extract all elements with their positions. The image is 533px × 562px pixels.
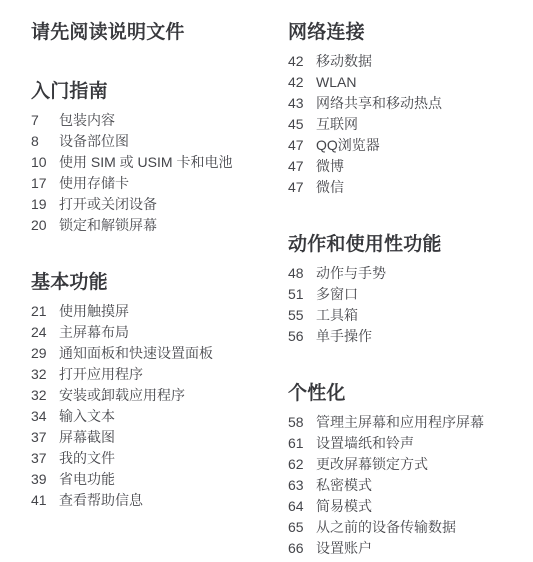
section-heading: 个性化: [288, 381, 525, 406]
toc-entry-title: 主屏幕布局: [59, 322, 288, 343]
toc-entry-title: 移动数据: [316, 51, 525, 72]
toc-entry[interactable]: 17 使用存储卡: [31, 173, 288, 194]
toc-entry[interactable]: 10 使用 SIM 或 USIM 卡和电池: [31, 152, 288, 173]
section-entries: 48 动作与手势 51 多窗口 55 工具箱 56 单手操作: [288, 263, 525, 347]
toc-section-left-1: 入门指南 7 包装内容 8 设备部位图 10 使用 SIM 或 USIM 卡和电…: [31, 79, 288, 236]
toc-entry[interactable]: 61 设置墙纸和铃声: [288, 433, 525, 454]
toc-entry-page-number: 17: [31, 173, 59, 194]
toc-entry[interactable]: 19 打开或关闭设备: [31, 194, 288, 215]
toc-entry-page-number: 41: [31, 490, 59, 511]
toc-entry-page-number: 55: [288, 305, 316, 326]
toc-entry-page-number: 66: [288, 538, 316, 559]
toc-entry-title: 使用 SIM 或 USIM 卡和电池: [59, 152, 288, 173]
toc-entry-title: WLAN: [316, 72, 525, 93]
toc-entry[interactable]: 66 设置账户: [288, 538, 525, 559]
toc-entry[interactable]: 39 省电功能: [31, 469, 288, 490]
toc-entry-page-number: 45: [288, 114, 316, 135]
toc-entry[interactable]: 42 WLAN: [288, 72, 525, 93]
toc-entry-title: 使用存储卡: [59, 173, 288, 194]
manual-toc-page: 请先阅读说明文件 入门指南 7 包装内容 8 设备部位图 10 使用 SIM 或…: [0, 0, 533, 562]
toc-entry-title: 包装内容: [59, 110, 288, 131]
toc-entry[interactable]: 47 微博: [288, 156, 525, 177]
toc-entry-page-number: 34: [31, 406, 59, 427]
section-heading: 网络连接: [288, 20, 525, 45]
toc-entry-title: 输入文本: [59, 406, 288, 427]
toc-entry-title: 查看帮助信息: [59, 490, 288, 511]
toc-entry[interactable]: 41 查看帮助信息: [31, 490, 288, 511]
toc-section-right-2: 个性化 58 管理主屏幕和应用程序屏幕 61 设置墙纸和铃声 62 更改屏幕锁定…: [288, 381, 525, 559]
toc-entry[interactable]: 8 设备部位图: [31, 131, 288, 152]
toc-entry-title: 单手操作: [316, 326, 525, 347]
toc-entry[interactable]: 62 更改屏幕锁定方式: [288, 454, 525, 475]
toc-entry-title: 打开或关闭设备: [59, 194, 288, 215]
toc-entry-page-number: 42: [288, 72, 316, 93]
toc-entry[interactable]: 7 包装内容: [31, 110, 288, 131]
toc-entry-page-number: 7: [31, 110, 59, 131]
toc-entry-page-number: 37: [31, 448, 59, 469]
toc-entry[interactable]: 64 简易模式: [288, 496, 525, 517]
toc-entry-title: 设备部位图: [59, 131, 288, 152]
toc-entry-title: 设置墙纸和铃声: [316, 433, 525, 454]
toc-entry-page-number: 63: [288, 475, 316, 496]
toc-entry-title: 微信: [316, 177, 525, 198]
section-heading: 基本功能: [31, 270, 288, 295]
toc-entry-page-number: 61: [288, 433, 316, 454]
toc-entry[interactable]: 56 单手操作: [288, 326, 525, 347]
toc-entry-page-number: 47: [288, 177, 316, 198]
toc-entry-page-number: 29: [31, 343, 59, 364]
toc-entry-page-number: 42: [288, 51, 316, 72]
toc-entry-title: 管理主屏幕和应用程序屏幕: [316, 412, 525, 433]
toc-entry-page-number: 58: [288, 412, 316, 433]
toc-entry-title: 多窗口: [316, 284, 525, 305]
section-heading: 入门指南: [31, 79, 288, 104]
toc-entry-title: 互联网: [316, 114, 525, 135]
toc-entry-page-number: 19: [31, 194, 59, 215]
toc-column-left: 请先阅读说明文件 入门指南 7 包装内容 8 设备部位图 10 使用 SIM 或…: [31, 20, 288, 562]
toc-entry[interactable]: 48 动作与手势: [288, 263, 525, 284]
toc-section-left-0: 请先阅读说明文件: [31, 20, 288, 45]
toc-entry[interactable]: 47 微信: [288, 177, 525, 198]
toc-entry-page-number: 32: [31, 364, 59, 385]
toc-entry[interactable]: 29 通知面板和快速设置面板: [31, 343, 288, 364]
toc-entry-page-number: 47: [288, 135, 316, 156]
section-entries: 58 管理主屏幕和应用程序屏幕 61 设置墙纸和铃声 62 更改屏幕锁定方式 6…: [288, 412, 525, 559]
toc-entry[interactable]: 37 屏幕截图: [31, 427, 288, 448]
toc-entry-title: 省电功能: [59, 469, 288, 490]
toc-section-left-2: 基本功能 21 使用触摸屏 24 主屏幕布局 29 通知面板和快速设置面板 32…: [31, 270, 288, 511]
toc-entry-title: 打开应用程序: [59, 364, 288, 385]
toc-entry-title: 简易模式: [316, 496, 525, 517]
toc-entry-title: 安装或卸载应用程序: [59, 385, 288, 406]
toc-entry-page-number: 47: [288, 156, 316, 177]
toc-entry-title: 更改屏幕锁定方式: [316, 454, 525, 475]
toc-entry-page-number: 37: [31, 427, 59, 448]
toc-entry[interactable]: 51 多窗口: [288, 284, 525, 305]
toc-entry-title: 工具箱: [316, 305, 525, 326]
toc-entry[interactable]: 34 输入文本: [31, 406, 288, 427]
toc-entry-page-number: 51: [288, 284, 316, 305]
toc-entry[interactable]: 63 私密模式: [288, 475, 525, 496]
toc-entry[interactable]: 43 网络共享和移动热点: [288, 93, 525, 114]
toc-entry-page-number: 65: [288, 517, 316, 538]
toc-entry-page-number: 48: [288, 263, 316, 284]
toc-entry[interactable]: 32 安装或卸载应用程序: [31, 385, 288, 406]
toc-entry-page-number: 32: [31, 385, 59, 406]
toc-entry-title: 使用触摸屏: [59, 301, 288, 322]
toc-entry[interactable]: 58 管理主屏幕和应用程序屏幕: [288, 412, 525, 433]
toc-entry-title: 微博: [316, 156, 525, 177]
toc-entry-page-number: 10: [31, 152, 59, 173]
section-heading: 动作和使用性功能: [288, 232, 525, 257]
toc-entry[interactable]: 21 使用触摸屏: [31, 301, 288, 322]
toc-entry[interactable]: 42 移动数据: [288, 51, 525, 72]
toc-entry-title: QQ浏览器: [316, 135, 525, 156]
toc-entry-page-number: 21: [31, 301, 59, 322]
toc-entry[interactable]: 32 打开应用程序: [31, 364, 288, 385]
toc-entry[interactable]: 45 互联网: [288, 114, 525, 135]
section-entries: 42 移动数据 42 WLAN 43 网络共享和移动热点 45 互联网 47 Q…: [288, 51, 525, 198]
toc-entry-page-number: 64: [288, 496, 316, 517]
toc-entry-title: 屏幕截图: [59, 427, 288, 448]
toc-entry-title: 我的文件: [59, 448, 288, 469]
toc-entry-title: 锁定和解锁屏幕: [59, 215, 288, 236]
toc-entry-page-number: 24: [31, 322, 59, 343]
toc-entry[interactable]: 65 从之前的设备传输数据: [288, 517, 525, 538]
toc-entry-title: 网络共享和移动热点: [316, 93, 525, 114]
toc-entry-title: 动作与手势: [316, 263, 525, 284]
toc-entry[interactable]: 55 工具箱: [288, 305, 525, 326]
toc-entry[interactable]: 20 锁定和解锁屏幕: [31, 215, 288, 236]
toc-entry-title: 通知面板和快速设置面板: [59, 343, 288, 364]
toc-entry-page-number: 56: [288, 326, 316, 347]
toc-entry[interactable]: 24 主屏幕布局: [31, 322, 288, 343]
toc-entry-page-number: 8: [31, 131, 59, 152]
toc-section-right-0: 网络连接 42 移动数据 42 WLAN 43 网络共享和移动热点 45 互联网…: [288, 20, 525, 198]
toc-entry[interactable]: 47 QQ浏览器: [288, 135, 525, 156]
toc-entry-title: 从之前的设备传输数据: [316, 517, 525, 538]
toc-entry-page-number: 39: [31, 469, 59, 490]
toc-section-right-1: 动作和使用性功能 48 动作与手势 51 多窗口 55 工具箱 56 单手操作: [288, 232, 525, 347]
toc-column-right: 网络连接 42 移动数据 42 WLAN 43 网络共享和移动热点 45 互联网…: [288, 20, 525, 562]
section-entries: 7 包装内容 8 设备部位图 10 使用 SIM 或 USIM 卡和电池 17 …: [31, 110, 288, 236]
toc-entry-page-number: 43: [288, 93, 316, 114]
section-heading: 请先阅读说明文件: [31, 20, 288, 45]
toc-entry[interactable]: 37 我的文件: [31, 448, 288, 469]
toc-entry-page-number: 62: [288, 454, 316, 475]
section-entries: 21 使用触摸屏 24 主屏幕布局 29 通知面板和快速设置面板 32 打开应用…: [31, 301, 288, 511]
toc-entry-page-number: 20: [31, 215, 59, 236]
toc-entry-title: 私密模式: [316, 475, 525, 496]
toc-entry-title: 设置账户: [316, 538, 525, 559]
